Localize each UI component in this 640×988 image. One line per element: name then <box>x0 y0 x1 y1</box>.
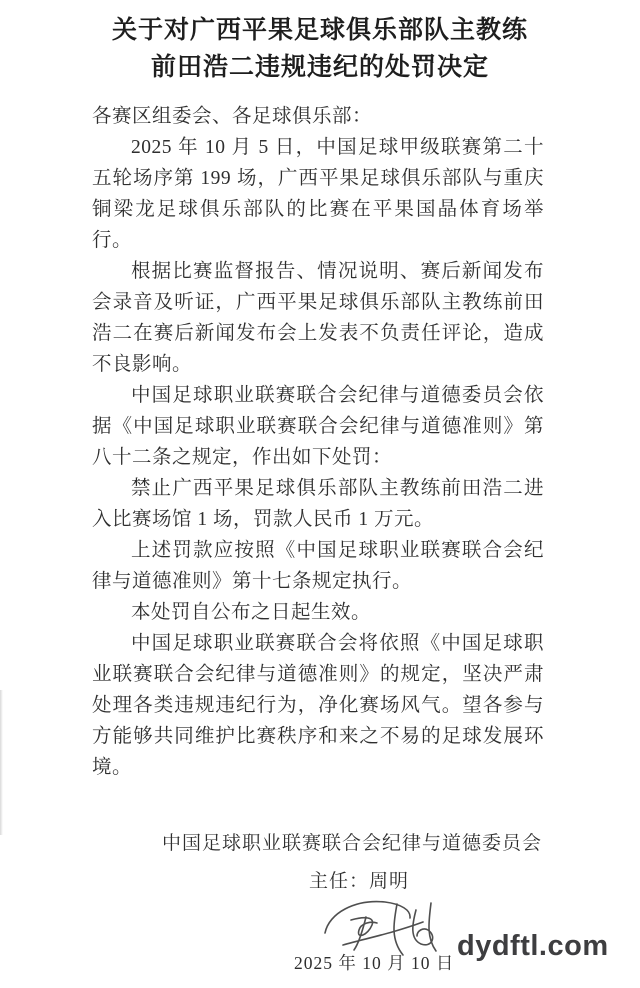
document-body: 各赛区组委会、各足球俱乐部： 2025 年 10 月 5 日，中国足球甲级联赛第… <box>92 101 544 783</box>
signature-signer-line: 主任：周明 <box>0 866 640 893</box>
document-date: 2025 年 10 月 10 日 <box>294 950 454 975</box>
paragraph: 禁止广西平果足球俱乐部队主教练前田浩二进入比赛场馆 1 场，罚款人民币 1 万元… <box>92 473 544 535</box>
scanned-document-page: 关于对广西平果足球俱乐部队主教练 前田浩二违规违纪的处罚决定 各赛区组委会、各足… <box>0 0 640 988</box>
paragraph: 上述罚款应按照《中国足球职业联赛联合会纪律与道德准则》第十七条规定执行。 <box>92 535 544 597</box>
salutation: 各赛区组委会、各足球俱乐部： <box>92 101 544 132</box>
signature-organization: 中国足球职业联赛联合会纪律与道德委员会 <box>0 828 640 855</box>
scan-edge-artifact <box>0 690 3 835</box>
paragraph: 中国足球职业联赛联合会将依照《中国足球职业联赛联合会纪律与道德准则》的规定，坚决… <box>92 628 544 783</box>
paragraph: 2025 年 10 月 5 日，中国足球甲级联赛第二十五轮场序第 199 场，广… <box>92 132 544 256</box>
document-title-line-2: 前田浩二违规违纪的处罚决定 <box>0 49 640 86</box>
paragraph: 根据比赛监督报告、情况说明、赛后新闻发布会录音及听证，广西平果足球俱乐部队主教练… <box>92 256 544 380</box>
site-watermark: dydftl.com <box>457 929 609 963</box>
paragraph: 本处罚自公布之日起生效。 <box>92 597 544 628</box>
document-title: 关于对广西平果足球俱乐部队主教练 前田浩二违规违纪的处罚决定 <box>0 12 640 86</box>
document-title-line-1: 关于对广西平果足球俱乐部队主教练 <box>0 12 640 49</box>
paragraph: 中国足球职业联赛联合会纪律与道德委员会依据《中国足球职业联赛联合会纪律与道德准则… <box>92 380 544 473</box>
